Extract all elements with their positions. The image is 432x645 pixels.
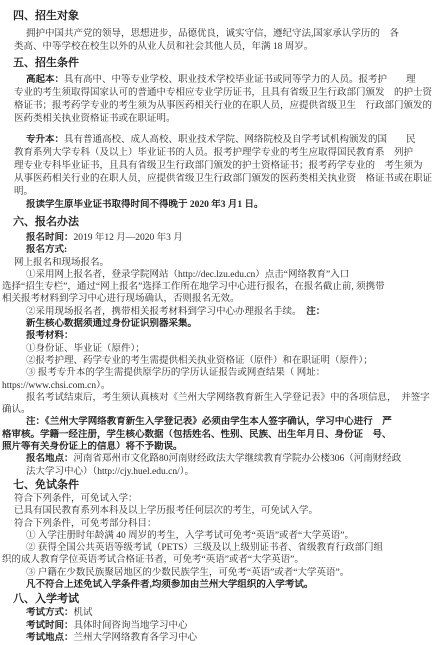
doc-line: 医药类相关执业资格证书或在职证明。	[0, 113, 432, 126]
section-heading-exemption-conditions: 七、免试条件	[0, 479, 432, 492]
doc-line: ③ 户籍在少数民族聚居地区的少数民族学生，可免考“英语”或者“大学英语”。	[0, 567, 432, 579]
section-heading-entrance-exam: 八、入学考试	[0, 593, 432, 606]
exam-time-line: 考试时间：具体时间咨询当地学习中心	[0, 620, 432, 632]
doc-text: ②采用现场报名者，携带相关报考材料到学习中心办理报名手续。	[26, 307, 306, 317]
exam-mode-value: 机试	[74, 608, 93, 618]
registration-note-line: 照片等有关身份证上的信息）将不予勘误。	[0, 441, 432, 453]
exam-mode-label: 考试方式：	[26, 608, 74, 618]
materials-label: 报考材料：	[0, 330, 432, 342]
registration-address-value: 河南省郑州市文化路80河南财经政法大学继续教育学院办公楼306（河南财经政	[74, 454, 402, 464]
doc-line: 教育系列大学专科（及以上）毕业证书的人员。报考护理学专业的考生应取得国民教育系 …	[0, 147, 432, 160]
doc-line: 专升本：具有普通高校、成人高校、职业技术学院、网络院校及自学考试机构颁发的国 民	[0, 134, 432, 147]
doc-line: 格证书；报考药学专业的考生须为从事医药相关行业的在职人员，应提供省级卫生 行政部…	[0, 100, 432, 113]
doc-line: 从事医药相关行业的在职人员，应提供省级卫生行政部门颁发的医药类相关执业资 格证书…	[0, 173, 432, 186]
registration-address-line: 法大学习中心）（http://cjy.huel.edu.cn/）。	[0, 466, 432, 478]
doc-line: 网上报名和现场报名。	[0, 257, 432, 269]
doc-line: 报名考试结束后，考生须认真核对《兰州大学网络教育新生入学登记表》中的各项信息， …	[0, 392, 432, 404]
doc-text: 具有高中、中等专业学校、职业技术学校毕业证书或同等学力的人员。报考护 理	[64, 75, 416, 85]
registration-note-line: 格审核。学籍一经注册，学生核心数据（包括姓名、性别、民族、出生年月日、身份证 号…	[0, 429, 432, 441]
doc-line: 拥护中国共产党的领导，思想进步，品德优良，诚实守信，遵纪守法,国家承认学历的 各	[0, 28, 432, 41]
id-reader-note: 新生核心数据须通过身份证识别器采集。	[0, 318, 432, 330]
exam-time-value: 具体时间咨询当地学习中心	[74, 621, 188, 631]
doc-line: 确认。	[0, 404, 432, 416]
registration-address-label: 报名地点：	[26, 454, 74, 464]
doc-line: 织的成人教育学位英语考试合格证书者，可免考“英语”或者“大学英语”。	[0, 554, 432, 566]
section-heading-registration-method: 六、报名办法	[0, 216, 432, 229]
doc-line: ② 获得全国公共英语等级考试（PETS）三级及以上级别证书者、省级教育行政部门组	[0, 542, 432, 554]
exam-place-label: 考试地点：	[26, 633, 74, 643]
entrance-exam-required-note: 凡不符合上述免试入学条件者,均须参加由兰州大学组织的入学考试。	[0, 579, 432, 591]
gaoqiben-label: 高起本：	[26, 75, 64, 85]
registration-address-line: 报名地点：河南省郑州市文化路80河南财经政法大学继续教育学院办公楼306（河南财…	[0, 453, 432, 465]
registration-note-line: 注：《兰州大学网络教育新生入学登记表》必须由学生本人签字确认，学习中心进行 严	[0, 416, 432, 428]
section-heading-enrollment-conditions: 五、招生条件	[0, 57, 432, 70]
doc-line: 明。	[0, 186, 432, 199]
exam-place-line: 考试地点：兰州大学网络教育各学习中心	[0, 632, 432, 644]
registration-method-label: 报名方式:	[0, 244, 432, 256]
chsi-url-line: https://www.chsi.com.cn）。	[0, 380, 432, 392]
exam-time-label: 考试时间：	[26, 621, 74, 631]
section-heading-enrollment-target: 四、招生对象	[0, 10, 432, 23]
doc-text: 具有普通高校、成人高校、职业技术学院、网络院校及自学考试机构颁发的国 民	[64, 135, 416, 145]
doc-line: ①身份证、毕业证（原件）；	[0, 343, 432, 355]
registration-time-label: 报名时间：	[26, 233, 74, 243]
diploma-deadline-note: 报读学生原毕业证书取得时间不得晚于 2020 年3 月1 日。	[0, 199, 432, 212]
registration-time-line: 报名时间：2019 年12 月—2020 年3 月	[0, 232, 432, 244]
doc-line: 理专业专科毕业证书，且具有省级卫生行政部门颁发的护士资格证书；报考药学专业的 考…	[0, 160, 432, 173]
exam-mode-line: 考试方式：机试	[0, 607, 432, 619]
doc-line: 符合下列条件，可免考部分科目：	[0, 518, 432, 530]
doc-line: 专业的考生须取得国家认可的普通中专相应专业学历证书，且具有省级卫生行政部门颁发 …	[0, 87, 432, 100]
doc-line: ①采用网上报名者，登录学院网站（http://dec.lzu.edu.cn）点击…	[0, 269, 432, 281]
note-label: 注：	[306, 307, 325, 317]
exam-place-value: 兰州大学网络教育各学习中心	[74, 633, 198, 643]
doc-line: 符合下列条件，可免试入学：	[0, 493, 432, 505]
zhuanshengben-label: 专升本：	[26, 135, 64, 145]
doc-line: ②采用现场报名者，携带相关报考材料到学习中心办理报名手续。 注：	[0, 306, 432, 318]
doc-line: 类高、中等学校在校生以外的从业人员和社会其他人员，年满 18 周岁。	[0, 41, 432, 54]
doc-line: 选择“招生专栏”，通过“网上报名”选择工作所在地学习中心进行报名，在报名截止前,…	[0, 281, 432, 293]
doc-line: 相关报考材料到学习中心进行现场确认，否则报名无效。	[0, 293, 432, 305]
doc-line: ① 入学注册时年龄满 40 周岁的考生，入学考试可免考“英语”或者“大学英语”。	[0, 530, 432, 542]
doc-line: 高起本：具有高中、中等专业学校、职业技术学校毕业证书或同等学力的人员。报考护 理	[0, 74, 432, 87]
registration-time-value: 2019 年12 月—2020 年3 月	[74, 233, 183, 243]
admissions-document: 四、招生对象 拥护中国共产党的领导，思想进步，品德优良，诚实守信，遵纪守法,国家…	[0, 0, 432, 644]
doc-line: ③ 报考专升本的学生需提供原学历的学历认证报告或网查结果（ 网址：	[0, 367, 432, 379]
doc-line: ②报考护理、药学专业的考生需提供相关执业资格证（原件）和在职证明（原件）；	[0, 355, 432, 367]
doc-line: 已具有国民教育系列本科及以上学历报考任何层次的考生，可免试入学。	[0, 505, 432, 517]
